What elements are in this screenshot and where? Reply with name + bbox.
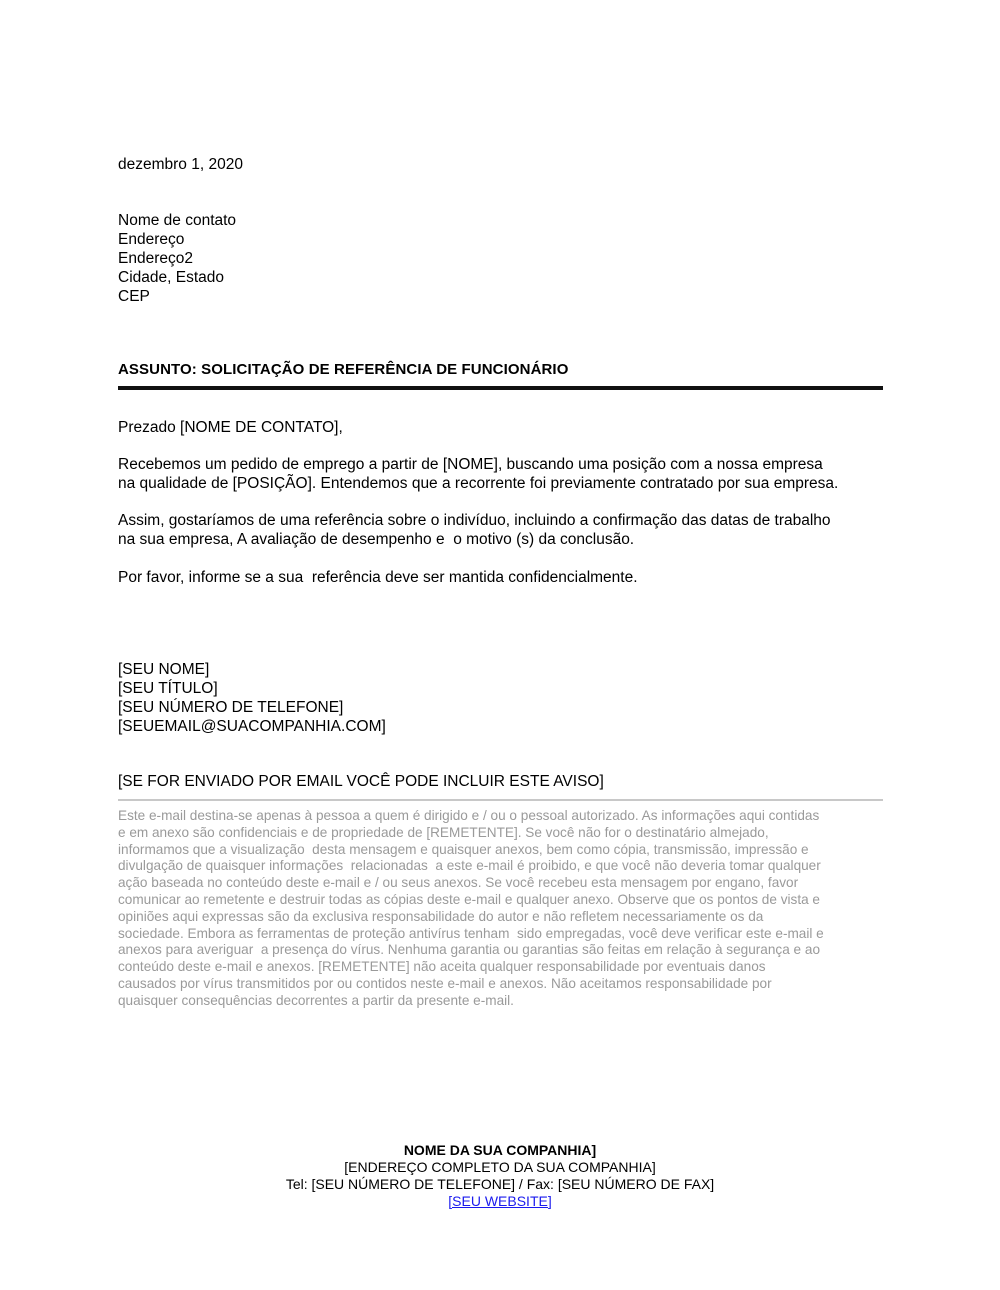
salutation: Prezado [NOME DE CONTATO], bbox=[118, 418, 343, 437]
recipient-zip: CEP bbox=[118, 287, 236, 306]
signature-email: [SEUEMAIL@SUACOMPANHIA.COM] bbox=[118, 717, 386, 736]
letter-subject: ASSUNTO: SOLICITAÇÃO DE REFERÊNCIA DE FU… bbox=[118, 360, 568, 379]
notice-divider bbox=[118, 799, 883, 801]
subject-divider bbox=[118, 386, 883, 390]
footer-contact: Tel: [SEU NÚMERO DE TELEFONE] / Fax: [SE… bbox=[0, 1176, 1000, 1193]
body-paragraph-line: Por favor, informe se a sua referência d… bbox=[118, 568, 638, 587]
body-paragraph-line: Assim, gostaríamos de uma referência sob… bbox=[118, 511, 831, 530]
recipient-address-block: Nome de contato Endereço Endereço2 Cidad… bbox=[118, 211, 236, 306]
recipient-name: Nome de contato bbox=[118, 211, 236, 230]
email-disclaimer: Este e-mail destina-se apenas à pessoa a… bbox=[118, 808, 893, 1010]
body-paragraph-line: na qualidade de [POSIÇÃO]. Entendemos qu… bbox=[118, 474, 838, 493]
recipient-address-line-2: Endereço2 bbox=[118, 249, 236, 268]
signature-name: [SEU NOME] bbox=[118, 660, 386, 679]
disclaimer-line: divulgação de quaisquer informações rela… bbox=[118, 858, 893, 875]
body-paragraph-3: Por favor, informe se a sua referência d… bbox=[118, 568, 638, 587]
footer-address: [ENDEREÇO COMPLETO DA SUA COMPANHIA] bbox=[0, 1159, 1000, 1176]
letter-date: dezembro 1, 2020 bbox=[118, 155, 243, 174]
disclaimer-line: sociedade. Embora as ferramentas de prot… bbox=[118, 926, 893, 943]
signature-phone: [SEU NÚMERO DE TELEFONE] bbox=[118, 698, 386, 717]
body-paragraph-2: Assim, gostaríamos de uma referência sob… bbox=[118, 511, 831, 549]
footer-company-name: NOME DA SUA COMPANHIA] bbox=[0, 1142, 1000, 1159]
body-paragraph-1: Recebemos um pedido de emprego a partir … bbox=[118, 455, 838, 493]
disclaimer-line: opiniões aqui expressas são da exclusiva… bbox=[118, 909, 893, 926]
body-paragraph-line: Recebemos um pedido de emprego a partir … bbox=[118, 455, 838, 474]
disclaimer-line: Este e-mail destina-se apenas à pessoa a… bbox=[118, 808, 893, 825]
disclaimer-line: quaisquer consequências decorrentes a pa… bbox=[118, 993, 893, 1010]
signature-title: [SEU TÍTULO] bbox=[118, 679, 386, 698]
recipient-address-line-1: Endereço bbox=[118, 230, 236, 249]
disclaimer-line: e em anexo são confidenciais e de propri… bbox=[118, 825, 893, 842]
footer-website-link[interactable]: [SEU WEBSITE] bbox=[448, 1193, 551, 1209]
disclaimer-line: ação baseada no conteúdo deste e-mail e … bbox=[118, 875, 893, 892]
recipient-city-state: Cidade, Estado bbox=[118, 268, 236, 287]
disclaimer-line: conteúdo deste e-mail e anexos. [REMETEN… bbox=[118, 959, 893, 976]
disclaimer-line: comunicar ao remetente e destruir todas … bbox=[118, 892, 893, 909]
body-paragraph-line: na sua empresa, A avaliação de desempenh… bbox=[118, 530, 831, 549]
disclaimer-line: causados por vírus transmitidos por ou c… bbox=[118, 976, 893, 993]
email-notice-heading: [SE FOR ENVIADO POR EMAIL VOCÊ PODE INCL… bbox=[118, 772, 604, 791]
company-footer: NOME DA SUA COMPANHIA] [ENDEREÇO COMPLET… bbox=[0, 1142, 1000, 1210]
signature-block: [SEU NOME] [SEU TÍTULO] [SEU NÚMERO DE T… bbox=[118, 660, 386, 736]
disclaimer-line: informamos que a visualização desta mens… bbox=[118, 842, 893, 859]
disclaimer-line: anexos para averiguar a presença do víru… bbox=[118, 942, 893, 959]
